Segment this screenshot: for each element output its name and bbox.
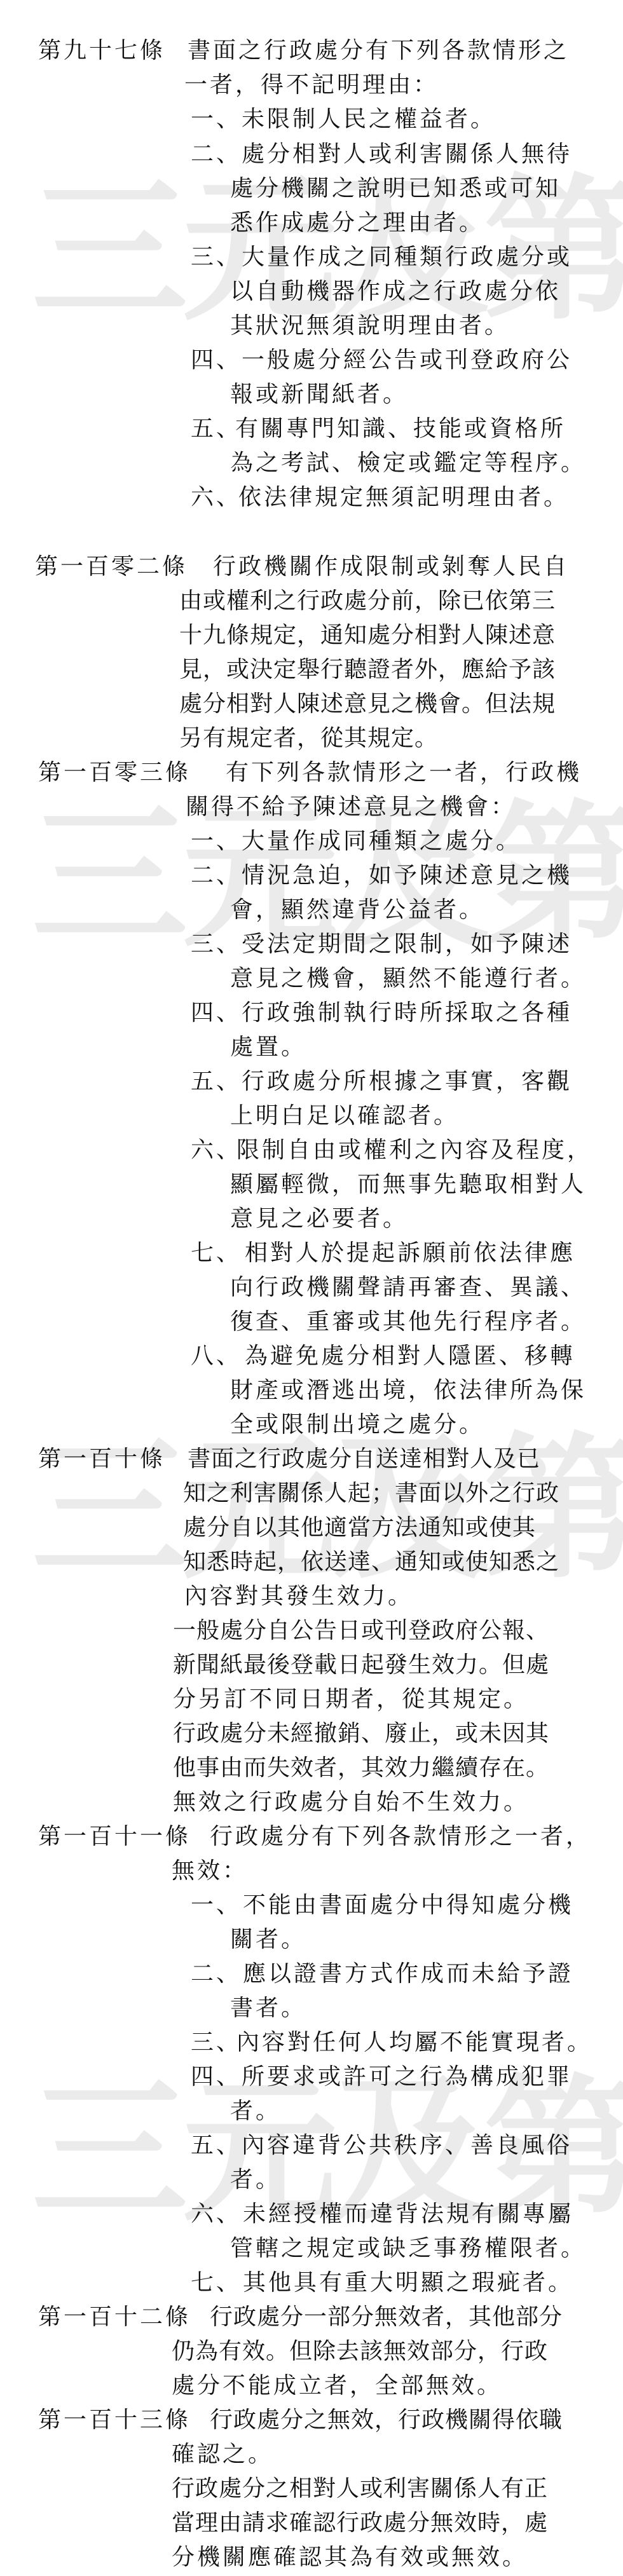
item-number: 七、 [191,2269,242,2297]
item-text: 情況急迫，如予陳述意見之機 [242,862,572,890]
item-number: 四、 [191,2063,242,2091]
article-text: 由或權利之行政處分前，除已依第三 [179,587,556,615]
article-text: 書面之行政處分自送達相對人及已 [188,1445,540,1473]
article-label: 第九十七條 [38,37,165,65]
item-number: 四、 [191,999,242,1027]
item-number: 八、 [191,1342,242,1370]
article-text: 書面之行政處分有下列各款情形之 [188,37,569,65]
item-text: 其狀況無須說明理由者。 [230,312,510,340]
item-text: 為之考試、檢定或鑑定等程序。 [230,449,586,477]
item-number: 二、 [191,862,242,890]
paragraph-text: 當理由請求確認行政處分無效時，處 [172,2509,548,2537]
item-number: 五、 [191,2132,242,2160]
item-text: 行政強制執行時所採取之各種 [242,999,572,1027]
item-text: 大量作成之同種類行政處分或 [242,243,572,271]
item-text: 行政處分所根據之事實，客觀 [242,1068,572,1096]
item-number: 七、 [191,1239,242,1267]
article-label: 第一百十一條 [38,1823,191,1851]
paragraph-text: 分機關應確認其為有效或無效。 [172,2544,528,2572]
paragraph-text: 行政處分之相對人或利害關係人有正 [172,2475,548,2503]
paragraph-text: 分另訂不同日期者，從其規定。 [173,1686,529,1714]
article-text: 處分相對人陳述意見之機會。但法規 [179,690,556,718]
item-text: 顯屬輕微，而無事先聽取相對人 [230,1171,586,1199]
item-text: 以自動機器作成之行政處分依 [230,278,561,306]
item-number: 五、 [191,1068,242,1096]
item-text: 一般處分經公告或刊登政府公 [242,346,572,374]
article-text: 關得不給予陳述意見之機會： [186,793,516,821]
item-text: 有關專門知識、技能或資格所 [235,415,566,443]
article-text: 內容對其發生效力。 [184,1583,413,1611]
item-text: 受法定期間之限制，如予陳述 [242,930,572,958]
item-text: 依法律規定無須記明理由者。 [238,484,569,512]
item-text: 管轄之規定或缺乏事務權限者。 [230,2235,586,2263]
item-text: 應以證書方式作成而未給予證 [243,1960,573,1988]
article-text: 行政處分一部分無效者，其他部分 [210,2303,563,2331]
item-text: 意見之必要者。 [230,1205,408,1233]
item-number: 五、 [191,415,242,443]
paragraph-text: 一般處分自公告日或刊登政府公報、 [173,1617,549,1645]
item-number: 一、 [191,1891,242,1919]
item-text: 書者。 [230,1994,306,2022]
item-text: 大量作成同種類之處分。 [242,828,521,855]
item-number: 二、 [191,1960,242,1988]
paragraph-text: 行政處分未經撤銷、廢止，或未因其 [173,1720,549,1748]
article-text: 無效： [172,1857,248,1885]
item-text: 上明白足以確認者。 [230,1102,459,1130]
article-text: 行政處分有下列各款情形之一者， [210,1823,591,1851]
item-text: 意見之機會，顯然不能遵行者。 [230,965,586,993]
article-text: 處分自以其他適當方法通知或使其 [183,1514,536,1542]
item-number: 一、 [191,106,242,133]
item-text: 復查、重審或其他先行程序者。 [230,1308,586,1336]
article-text: 有下列各款情形之一者，行政機 [226,759,582,787]
item-number: 四、 [191,346,242,374]
article-text: 確認之。 [172,2441,273,2469]
article-text: 行政機關作成限制或剝奪人民自 [213,553,569,581]
item-number: 三、 [191,243,242,271]
item-number: 三、 [191,2029,242,2057]
article-text: 行政處分之無效，行政機關得依職 [210,2406,563,2434]
item-text: 者。 [230,2166,281,2194]
item-text: 悉作成處分之理由者。 [230,209,484,237]
item-text: 不能由書面處分中得知處分機 [243,1891,573,1919]
item-text: 未限制人民之權益者。 [242,106,496,133]
item-text: 處置。 [230,1033,306,1061]
item-number: 三、 [191,930,242,958]
article-text: 仍為有效。但除去該無效部分，行政 [172,2338,548,2366]
paragraph-text: 他事由而失效者，其效力繼續存在。 [173,1754,549,1782]
item-text: 相對人於提起訴願前依法律應 [245,1239,575,1267]
item-text: 所要求或許可之行為構成犯罪 [242,2063,572,2091]
paragraph-text: 新聞紙最後登載日起發生效力。但處 [173,1651,549,1679]
article-text: 一者，得不記明理由： [184,71,439,99]
item-text: 者。 [230,2097,281,2125]
article-text: 另有規定者，從其規定。 [179,725,438,753]
item-number: 六、 [191,1136,242,1164]
article-label: 第一百十三條 [38,2406,191,2434]
article-text: 十九條規定，通知處分相對人陳述意 [179,622,556,650]
article-text: 見，或決定舉行聽證者外，應給予該 [179,656,556,684]
item-number: 六、 [191,484,242,512]
item-number: 二、 [191,140,242,168]
item-text: 會，顯然違背公益者。 [230,896,484,924]
article-text: 知之利害關係人起；書面以外之行政 [183,1480,559,1508]
article-text: 知悉時起，依送達、通知或使知悉之 [183,1548,559,1576]
item-text: 全或限制出境之處分。 [230,1411,484,1439]
article-label: 第一百十條 [38,1445,165,1473]
item-text: 向行政機關聲請再審查、異議、 [230,1274,586,1302]
item-number: 一、 [191,828,242,855]
article-label: 第一百零二條 [35,553,188,581]
item-text: 為避免處分相對人隱匿、移轉 [245,1342,575,1370]
item-text: 處分相對人或利害關係人無待 [242,140,572,168]
article-label: 第一百十二條 [38,2303,191,2331]
item-number: 六、 [191,2200,242,2228]
article-label: 第一百零三條 [38,759,191,787]
item-text: 內容對任何人均屬不能實現者。 [236,2029,592,2057]
item-text: 關者。 [230,1926,306,1954]
article-text: 處分不能成立者，全部無效。 [172,2372,502,2400]
item-text: 報或新聞紙者。 [230,381,408,409]
item-text: 限制自由或權利之內容及程度， [236,1136,592,1164]
item-text: 處分機關之說明已知悉或可知 [230,175,561,203]
item-text: 未經授權而違背法規有關專屬 [243,2200,573,2228]
item-text: 內容違背公共秩序、善良風俗 [242,2132,572,2160]
paragraph-text: 無效之行政處分自始不生效力。 [173,1789,529,1816]
item-text: 其他具有重大明顯之瑕疵者。 [243,2269,573,2297]
item-text: 財產或潛逃出境，依法律所為保 [230,1377,586,1405]
